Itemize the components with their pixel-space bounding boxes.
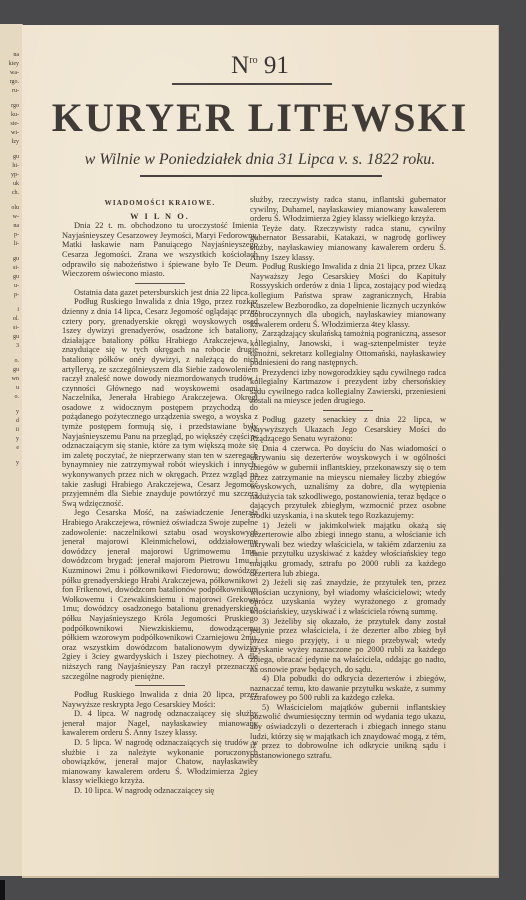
- prev-page-text-fragment: wa-: [10, 70, 19, 77]
- issue-number-value: 91: [264, 52, 289, 79]
- article-paragraph: Podług Ruskiego Inwalida z dnia 21 lipca…: [250, 262, 446, 329]
- right-column: służby, rzeczywisty radca stanu, inflant…: [250, 195, 446, 760]
- left-column: WIADOMOŚCI KRAIOWE. W I L N O. Dnia 22 t…: [62, 195, 258, 796]
- masthead-rule-top: [172, 83, 332, 85]
- article-paragraph: 2) Jeżeli się zaś znaydzie, że przytułek…: [250, 578, 446, 616]
- prev-page-text-fragment: olu: [11, 205, 19, 212]
- prev-page-text-fragment: gu: [13, 256, 19, 263]
- prev-page-text-fragment: gu: [13, 154, 19, 161]
- newspaper-title: KURYER LITEWSKI: [22, 94, 498, 141]
- prev-page-text-fragment: si-: [13, 265, 19, 272]
- prev-page-text-fragment: o.: [15, 394, 20, 401]
- previous-page-edge: nakieywa-rgo.ru-rgoku-sie-wi-łzyguhi-yp-…: [0, 24, 23, 876]
- issue-number: Nro 91: [22, 52, 498, 80]
- issue-number-sup: ro: [249, 55, 257, 66]
- prev-page-text-fragment: łzy: [12, 139, 19, 146]
- prev-page-text-fragment: i: [17, 307, 19, 314]
- article-paragraph: Podług Ruskiego Inwalida z dnia 20 lipca…: [62, 690, 258, 709]
- article-paragraph: D. 4 lipca. W nagrodę odznaczaiącey się …: [62, 709, 258, 738]
- article-paragraph: Podług gazety senackiey z dnia 22 lipca,…: [250, 415, 446, 444]
- prev-page-text-fragment: 3: [16, 343, 19, 350]
- masthead-rule-bottom: [140, 175, 382, 177]
- article-paragraph: 1) Jeżeli w jakimkolwiek majątku okażą s…: [250, 521, 446, 579]
- prev-page-text-fragment: ii: [16, 427, 19, 434]
- section-header: WIADOMOŚCI KRAIOWE.: [62, 199, 258, 209]
- prev-page-text-fragment: o.: [15, 358, 20, 365]
- issue-number-prefix: N: [231, 52, 249, 79]
- prev-page-text-fragment: gu: [13, 274, 19, 281]
- prev-page-text-fragment: ol.: [13, 316, 19, 323]
- article-paragraph: Ostatnia data gazet petersburskich jest …: [62, 288, 258, 298]
- prev-page-text-fragment: rgo.: [10, 79, 19, 86]
- article-paragraph: Zarządzający skulańską tamożnią pogranic…: [250, 329, 446, 367]
- article-separator: [135, 685, 185, 686]
- prev-page-text-fragment: ch.: [12, 190, 19, 197]
- prev-page-text-fragment: p-: [14, 292, 19, 299]
- prev-page-text-fragment: sie-: [10, 121, 19, 128]
- prev-page-text-fragment: ku-: [11, 112, 19, 119]
- prev-page-text-fragment: yp-: [11, 172, 19, 179]
- prev-page-text-fragment: u-: [14, 283, 19, 290]
- newspaper-page: Nro 91 KURYER LITEWSKI w Wilnie w Ponied…: [22, 25, 499, 878]
- prev-page-text-fragment: e: [16, 445, 19, 452]
- prev-page-text-fragment: p-: [14, 232, 19, 239]
- article-paragraph: Teyże daty. Rzeczywisty radca stanu, cyw…: [250, 224, 446, 262]
- prev-page-text-fragment: ru-: [12, 88, 19, 95]
- prev-page-text-fragment: rgo: [11, 103, 19, 110]
- prev-page-text-fragment: hi-: [12, 163, 19, 170]
- prev-page-text-fragment: y: [16, 409, 19, 416]
- article-paragraph: D. 10 lipca. W nagrodę odznaczaiącey się: [62, 786, 258, 796]
- article-paragraph: Dnia 4 czerwca. Po doyściu do Nas wiadom…: [250, 444, 446, 521]
- prev-page-text-fragment: gu: [13, 367, 19, 374]
- prev-page-text-fragment: li-: [14, 241, 19, 248]
- article-paragraph: służby, rzeczywisty radca stanu, inflant…: [250, 195, 446, 224]
- prev-page-text-fragment: wi-: [11, 130, 19, 137]
- prev-page-text-fragment: wn: [12, 376, 19, 383]
- binding-edge: [0, 880, 5, 900]
- prev-page-text-fragment: d: [16, 418, 19, 425]
- prev-page-text-fragment: na: [13, 52, 19, 59]
- article-paragraph: Prezydenci izby nowgorodzkiey sądu cywil…: [250, 368, 446, 406]
- article-paragraph: Dnia 22 t. m. obchodzono tu uroczystość …: [62, 221, 258, 279]
- prev-page-text-fragment: w-: [13, 214, 19, 221]
- prev-page-text-fragment: uk: [13, 181, 19, 188]
- prev-page-text-fragment: si-: [13, 325, 19, 332]
- article-paragraph: Podług Ruskiego Inwalida z dnia 19go, pr…: [62, 297, 258, 508]
- prev-page-text-fragment: u: [16, 385, 19, 392]
- article-paragraph: 4) Dla pobudki do odkrycia dezerterów i …: [250, 674, 446, 703]
- article-paragraph: 3) Jeżeliby się okazało, że przytułek da…: [250, 617, 446, 675]
- article-paragraph: 5) Właścicielom majątków gubernii inflan…: [250, 703, 446, 761]
- article-paragraph: D. 5 lipca. W nagrodę odznaczaiących się…: [62, 738, 258, 786]
- place-heading: W I L N O.: [62, 212, 258, 222]
- prev-page-text-fragment: y: [16, 460, 19, 467]
- prev-page-text-fragment: gu: [13, 334, 19, 341]
- article-paragraph: Jego Cesarska Mość, na zaświadczenie Jen…: [62, 508, 258, 681]
- dateline: w Wilnie w Poniedziałek dnia 31 Lipca v.…: [22, 151, 498, 169]
- article-separator: [135, 283, 185, 284]
- article-separator: [323, 410, 373, 411]
- prev-page-text-fragment: y: [16, 436, 19, 443]
- prev-page-text-fragment: kiey: [9, 61, 19, 68]
- prev-page-text-fragment: na: [13, 223, 19, 230]
